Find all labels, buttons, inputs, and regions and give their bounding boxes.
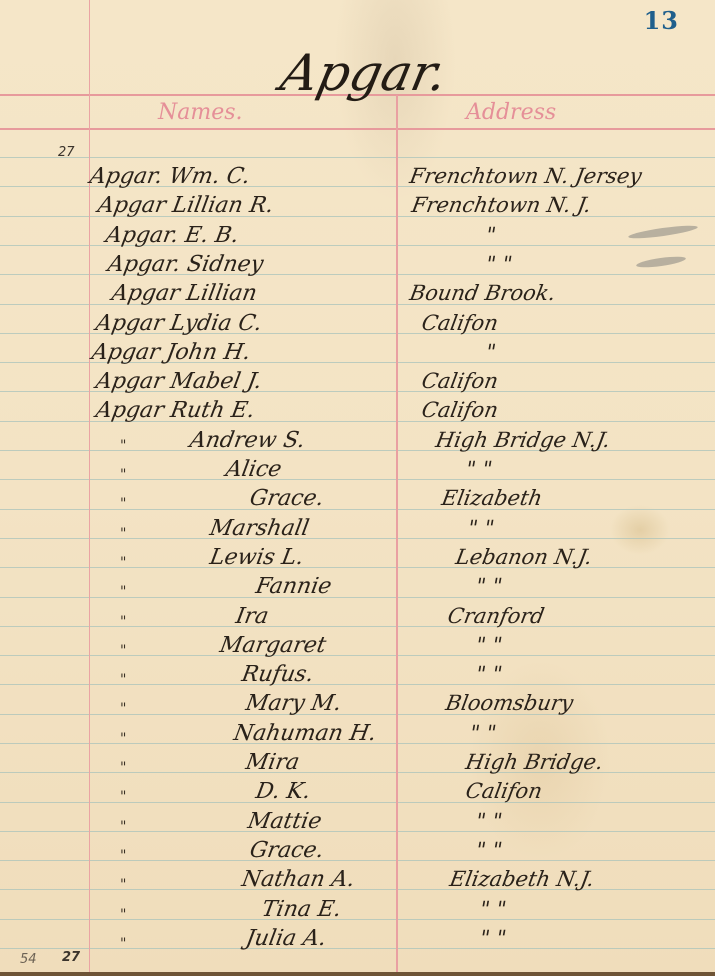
ledger-entry: "Grace." " — [0, 844, 715, 873]
ledger-entry: "MiraHigh Bridge. — [0, 756, 715, 785]
entry-address: Califon — [420, 311, 500, 335]
entry-address: Califon — [464, 779, 544, 803]
ditto-mark: " — [120, 496, 126, 512]
entry-name: Alice — [224, 457, 284, 482]
entry-address: Cranford — [446, 604, 546, 628]
ditto-mark: " — [120, 555, 126, 571]
entry-name: Nahuman H. — [232, 721, 378, 746]
entry-address: " " — [474, 633, 504, 657]
ledger-entry: "Nahuman H." " — [0, 727, 715, 756]
entry-name: Apgar. Sidney — [106, 252, 265, 277]
ditto-mark: " — [120, 614, 126, 630]
entry-address: " " — [478, 897, 508, 921]
ledger-entry: "Mattie" " — [0, 815, 715, 844]
entry-name: Mary M. — [244, 691, 344, 716]
entry-name: Marshall — [208, 516, 311, 541]
entry-name: Apgar Lillian R. — [96, 193, 276, 218]
ledger-entry: "Grace.Elizabeth — [0, 492, 715, 521]
ditto-mark: " — [120, 819, 126, 835]
entry-name: Grace. — [248, 486, 326, 511]
entry-name: Apgar. Wm. C. — [88, 164, 252, 189]
entry-name: Apgar Lillian — [110, 281, 259, 306]
ledger-entry: "Rufus." " — [0, 668, 715, 697]
entry-name: Nathan A. — [240, 867, 357, 892]
entry-name: Fannie — [254, 574, 334, 599]
entry-address: Frenchtown N. Jersey — [408, 164, 644, 188]
entry-name: Apgar John H. — [90, 340, 253, 365]
entry-name: Ira — [234, 604, 271, 629]
ledger-entry: "Tina E." " — [0, 903, 715, 932]
ledger-entry: "Alice" " — [0, 463, 715, 492]
entry-name: Rufus. — [240, 662, 316, 687]
ledger-page: 13 Apgar. Names. Address 27 54 27 Apgar.… — [0, 0, 715, 976]
ledger-entry: Apgar. E. B." — [0, 229, 715, 258]
entry-address: " " — [464, 457, 494, 481]
ruled-line — [0, 157, 715, 158]
ledger-entry: "Marshall" " — [0, 522, 715, 551]
ditto-mark: " — [120, 643, 126, 659]
column-header-names: Names. — [158, 100, 243, 125]
ledger-entry: "Margaret" " — [0, 639, 715, 668]
ledger-entry: "Julia A." " — [0, 932, 715, 961]
entry-name: Margaret — [218, 633, 328, 658]
entry-address: Califon — [420, 369, 500, 393]
entry-address: " " — [474, 809, 504, 833]
ditto-mark: " — [120, 584, 126, 600]
entry-name: Julia A. — [244, 926, 328, 951]
ditto-mark: " — [120, 672, 126, 688]
entry-name: Apgar Ruth E. — [94, 398, 257, 423]
entry-name: Grace. — [248, 838, 326, 863]
entry-address: " " — [484, 252, 514, 276]
page-edge — [0, 972, 715, 976]
ditto-mark: " — [120, 701, 126, 717]
ditto-mark: " — [120, 438, 126, 454]
ledger-entry: "IraCranford — [0, 610, 715, 639]
entry-address: " " — [474, 574, 504, 598]
entry-address: " " — [466, 516, 496, 540]
entry-address: Frenchtown N. J. — [410, 193, 593, 217]
ledger-entry: "D. K.Califon — [0, 785, 715, 814]
ledger-entry: "Andrew S.High Bridge N.J. — [0, 434, 715, 463]
ditto-mark: " — [120, 936, 126, 952]
ditto-mark: " — [120, 789, 126, 805]
entry-address: Bloomsbury — [444, 691, 575, 715]
entry-address: " " — [478, 926, 508, 950]
ledger-entry: "Nathan A.Elizabeth N.J. — [0, 873, 715, 902]
entry-address: Elizabeth — [440, 486, 544, 510]
entry-address: " " — [468, 721, 498, 745]
entry-address: High Bridge N.J. — [434, 428, 612, 452]
ditto-mark: " — [120, 877, 126, 893]
column-header-address: Address — [466, 100, 556, 125]
entry-name: Mira — [244, 750, 302, 775]
ditto-mark: " — [120, 907, 126, 923]
ledger-entry: Apgar. Sidney" " — [0, 258, 715, 287]
ditto-mark: " — [120, 526, 126, 542]
entry-address: Elizabeth N.J. — [448, 867, 596, 891]
entry-address: Bound Brook. — [408, 281, 558, 305]
entry-address: " " — [474, 838, 504, 862]
entry-name: Andrew S. — [188, 428, 307, 453]
entry-address: High Bridge. — [464, 750, 605, 774]
ditto-mark: " — [120, 760, 126, 776]
margin-number-top: 27 — [58, 145, 75, 160]
entry-address: Califon — [420, 398, 500, 422]
entry-name: D. K. — [254, 779, 313, 804]
entry-name: Mattie — [246, 809, 324, 834]
ledger-entry: "Lewis L.Lebanon N.J. — [0, 551, 715, 580]
entry-address: " " — [474, 662, 504, 686]
ledger-entry: "Fannie" " — [0, 580, 715, 609]
entry-name: Apgar Mabel J. — [94, 369, 264, 394]
entry-name: Apgar Lydia C. — [94, 311, 264, 336]
ditto-mark: " — [120, 848, 126, 864]
header-rule-bottom — [0, 128, 715, 130]
surname-heading: Apgar. — [276, 44, 453, 102]
ditto-mark: " — [120, 467, 126, 483]
ditto-mark: " — [120, 731, 126, 747]
entry-name: Lewis L. — [208, 545, 306, 570]
page-number: 13 — [644, 6, 679, 35]
entry-name: Tina E. — [260, 897, 343, 922]
entry-name: Apgar. E. B. — [104, 223, 241, 248]
entry-address: Lebanon N.J. — [454, 545, 594, 569]
